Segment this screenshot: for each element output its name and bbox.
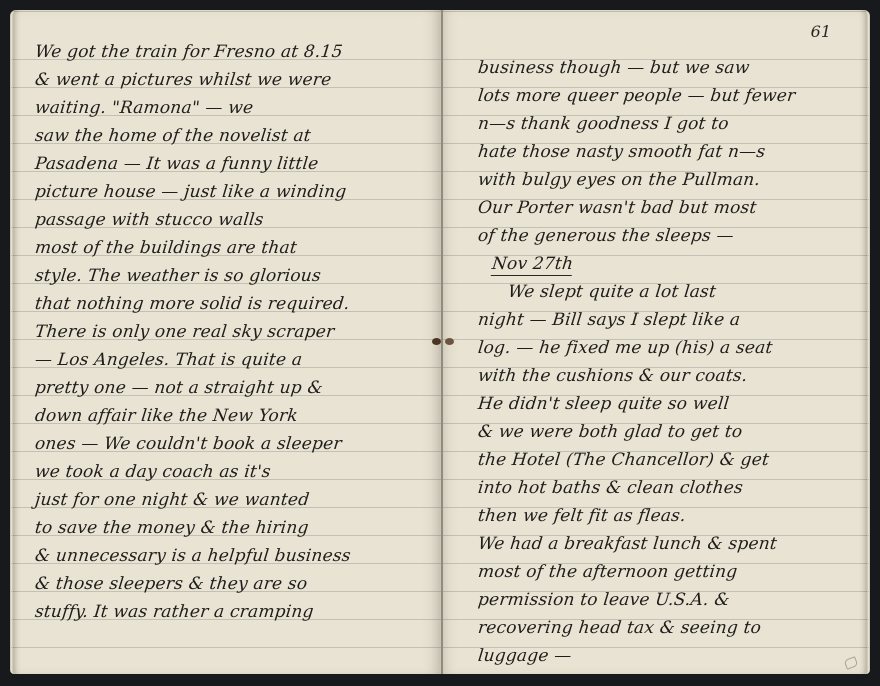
right-page-text: business though — but we saw lots more q… [478,54,847,670]
handwritten-line: night — Bill says I slept like a [477,306,849,334]
handwritten-line: We slept quite a lot last [477,278,849,306]
handwritten-line: we took a day coach as it's [34,458,424,486]
handwritten-line: He didn't sleep quite so well [477,390,849,418]
handwritten-line: into hot baths & clean clothes [477,474,849,502]
handwritten-line: ones — We couldn't book a sleeper [34,430,424,458]
handwritten-line: just for one night & we wanted [34,486,424,514]
date-heading: Nov 27th [477,250,849,278]
handwritten-line: business though — but we saw [477,54,849,82]
handwritten-line: down affair like the New York [34,402,424,430]
handwritten-line: then we felt fit as fleas. [477,502,849,530]
binding-stitch-mark [432,338,441,345]
handwritten-line: recovering head tax & seeing to [477,614,849,642]
handwritten-line: pretty one — not a straight up & [34,374,424,402]
page-number: 61 [811,22,831,41]
binding-gutter [441,10,443,674]
document-viewer: We got the train for Fresno at 8.15 & we… [0,0,880,686]
handwritten-line: saw the home of the novelist at [34,122,424,150]
handwritten-line: to save the money & the hiring [34,514,424,542]
handwritten-line: with the cushions & our coats. [477,362,849,390]
handwritten-line: & those sleepers & they are so [34,570,424,598]
left-page-text: We got the train for Fresno at 8.15 & we… [35,38,422,626]
handwritten-line: permission to leave U.S.A. & [477,586,849,614]
handwritten-line: & we were both glad to get to [477,418,849,446]
right-page: 61 business though — but we saw lots mor… [440,10,870,674]
handwritten-line: — Los Angeles. That is quite a [34,346,424,374]
notebook-spread: We got the train for Fresno at 8.15 & we… [10,10,870,674]
handwritten-line: that nothing more solid is required. [34,290,424,318]
handwritten-line: the Hotel (The Chancellor) & get [477,446,849,474]
handwritten-line: hate those nasty smooth fat n—s [477,138,849,166]
handwritten-line: log. — he fixed me up (his) a seat [477,334,849,362]
handwritten-line: There is only one real sky scraper [34,318,424,346]
handwritten-line: stuffy. It was rather a cramping [34,598,424,626]
handwritten-line: most of the buildings are that [34,234,424,262]
handwritten-line: & unnecessary is a helpful business [34,542,424,570]
left-page: We got the train for Fresno at 8.15 & we… [10,10,440,674]
handwritten-line: of the generous the sleeps — [477,222,849,250]
date-heading-text: Nov 27th [491,254,574,276]
binding-stitch-mark [445,338,454,345]
handwritten-line: Our Porter wasn't bad but most [477,194,849,222]
handwritten-line: waiting. "Ramona" — we [34,94,424,122]
handwritten-line: luggage — [477,642,849,670]
handwritten-line: We got the train for Fresno at 8.15 [34,38,424,66]
handwritten-line: picture house — just like a winding [34,178,424,206]
handwritten-line: We had a breakfast lunch & spent [477,530,849,558]
handwritten-line: n—s thank goodness I got to [477,110,849,138]
handwritten-line: style. The weather is so glorious [34,262,424,290]
handwritten-line: with bulgy eyes on the Pullman. [477,166,849,194]
handwritten-line: most of the afternoon getting [477,558,849,586]
handwritten-line: passage with stucco walls [34,206,424,234]
handwritten-line: & went a pictures whilst we were [34,66,424,94]
handwritten-line: Pasadena — It was a funny little [34,150,424,178]
handwritten-line: lots more queer people — but fewer [477,82,849,110]
